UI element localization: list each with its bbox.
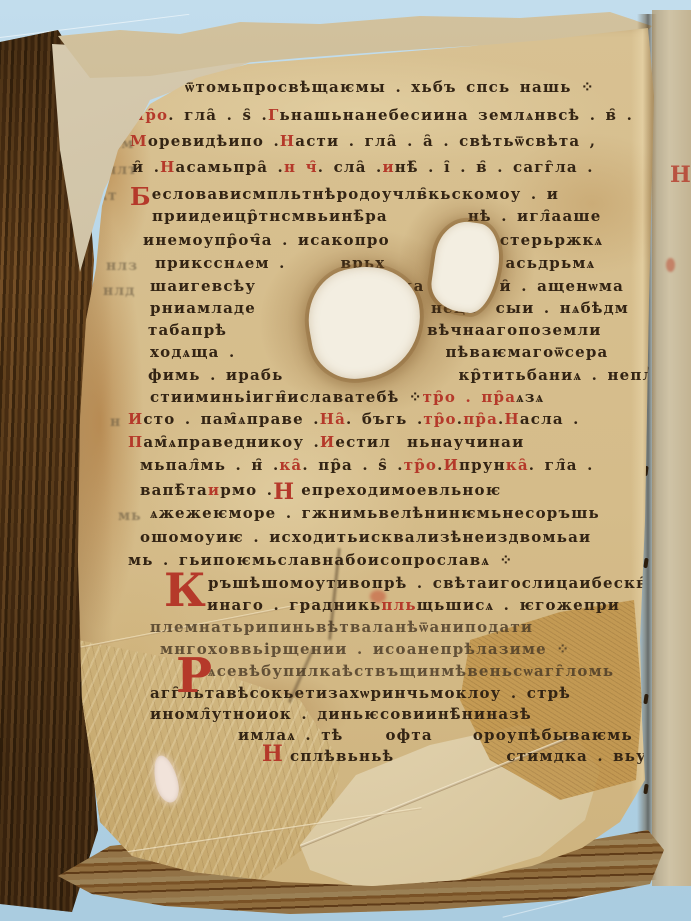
ink-text: асьдрьмѧ bbox=[505, 256, 595, 271]
manuscript-line: приидеицр̑тнсмвьинѣ̑ранѣ . игл̑ааше bbox=[152, 209, 601, 224]
ink-text: . сла̑ . bbox=[318, 160, 383, 175]
manuscript-line: ѧсевѣбупилкаѣствъщинмѣвеньсѡагг̑ломь bbox=[208, 664, 614, 679]
manuscript-line: ѧжежеѥморе . гжнимьвелѣнинѥмьнесоръшь bbox=[150, 506, 600, 521]
ink-text: фимь . ирабь bbox=[148, 368, 283, 383]
sewing-stitch bbox=[643, 784, 648, 794]
facing-page: Н bbox=[652, 10, 691, 886]
manuscript-line: ръшѣшомоутивопрѣ . свѣтаигослицаибескв̑р bbox=[208, 576, 659, 591]
ink-text: естил bbox=[335, 435, 391, 450]
ink-text: племнатьрипиньвѣтваланѣѿаниподати bbox=[150, 620, 533, 635]
ink-text: ороупѣбываѥмь bbox=[473, 728, 633, 743]
rubric-text: Н bbox=[273, 481, 295, 503]
ink-text: . гл̑а . bbox=[529, 458, 594, 473]
rubric-text: Н bbox=[504, 412, 519, 427]
rubric-text: Г bbox=[268, 108, 280, 123]
ink-text: стерьржкѧ bbox=[500, 233, 603, 248]
rubric-text: И bbox=[320, 435, 335, 450]
manuscript-line: Бесловависмпльтнѣродоучлв̑кьскомоу . и bbox=[130, 185, 559, 209]
ink-text: агг̑льтавѣсокьетизахѡринчьмоклоу . стрѣ bbox=[150, 686, 571, 701]
ink-text: нѣ̑ . і̑ . в̑ . сагг̑ла . bbox=[395, 160, 594, 175]
facing-page-rubric-fragment: Н bbox=[670, 162, 691, 188]
manuscript-line: фимь . ирабькр̑титьбаниѧ . непл bbox=[148, 368, 654, 383]
rubric-text: тр̑о bbox=[423, 412, 456, 427]
ink-text: нѣ . игл̑ааше bbox=[468, 209, 602, 224]
ink-text: и̑ . ащенѡма bbox=[500, 279, 625, 294]
manuscript-photo: Н ѿтомьпросвѣщаѥмы . хьбъ спсь нашь ⁘Пр̑… bbox=[0, 0, 691, 921]
manuscript-line: Пам̑ѧправедникоу . Иестилньнаучинаи bbox=[128, 435, 524, 450]
manuscript-line: сплѣвьньѣстимдка . вьу bbox=[290, 749, 647, 764]
sewing-stitch bbox=[643, 558, 648, 568]
bleed-through-ghost-text: нлд bbox=[103, 283, 135, 299]
ink-text: прун bbox=[459, 458, 506, 473]
manuscript-line: Пр̑о . гла̑ . ѕ̑ . Гьнашьнанебесиина зем… bbox=[130, 108, 633, 123]
rubric-text: пль bbox=[381, 598, 416, 613]
rubric-text: П bbox=[128, 435, 143, 450]
manuscript-line: инемоупр̑оч̑а . исакопростерьржкѧ bbox=[143, 233, 603, 248]
ink-text: имлаѧ . тѣ bbox=[238, 728, 343, 743]
ink-text: приидеицр̑тнсмвьинѣ̑ра bbox=[152, 209, 388, 224]
ink-text: офта bbox=[385, 728, 432, 743]
ink-text: иномл̑утноиок . диньѥсовиинѣ̑ниназѣ bbox=[150, 707, 532, 722]
manuscript-line: ошомоуиѥ . исходитьисквализѣнеиздвомьаи bbox=[140, 530, 591, 545]
ink-text: сплѣвьньѣ bbox=[290, 749, 394, 764]
ink-text: щьшисѧ . ѥгожепри bbox=[417, 598, 620, 613]
ink-text: сто . пам̑ѧправе . bbox=[143, 412, 319, 427]
manuscript-line: ѿтомьпросвѣщаѥмы . хьбъ спсь нашь ⁘ bbox=[185, 80, 595, 95]
ink-text: стииминьіигн̑иславатебѣ ⁘ bbox=[150, 390, 423, 405]
rubric-text: И bbox=[444, 458, 459, 473]
rubric-initial: Р bbox=[176, 655, 212, 698]
ink-text: . пр̑а . ѕ̑ . bbox=[302, 458, 403, 473]
ink-text: асти . гла̑ . а̑ . свѣтьѿсвѣта , bbox=[295, 134, 596, 149]
rubric-text: Б bbox=[130, 185, 152, 209]
ink-text: приксснѧем . bbox=[155, 256, 286, 271]
rubric-initial: Н bbox=[262, 745, 283, 765]
ink-text: рниамладе bbox=[150, 301, 256, 316]
bleed-through-ghost-text: нлз bbox=[106, 258, 138, 274]
ink-text: . бъгь . bbox=[346, 412, 423, 427]
sewing-stitch bbox=[643, 694, 648, 704]
ink-text: стимдка . вьу bbox=[506, 749, 647, 764]
ink-text: сыи . нѧбѣдм bbox=[496, 301, 629, 316]
manuscript-line: мьпал̑мь . н̑ . ка̑ . пр̑а . ѕ̑ . тр̑о .… bbox=[140, 458, 594, 473]
manuscript-line: Моревидѣипо . Насти . гла̑ . а̑ . свѣтьѿ… bbox=[130, 134, 596, 149]
ink-text: ѿтомьпросвѣщаѥмы . хьбъ спсь нашь ⁘ bbox=[185, 80, 595, 95]
parchment-page: ѿтомьпросвѣщаѥмы . хьбъ спсь нашь ⁘Пр̑о … bbox=[72, 22, 657, 890]
manuscript-line: племнатьрипиньвѣтваланѣѿаниподати bbox=[150, 620, 533, 635]
ink-text: вѣчнаагопоземли bbox=[427, 323, 601, 338]
ink-text: шаигевсѣу bbox=[150, 279, 256, 294]
ink-text: мьпал̑мь . н̑ . bbox=[140, 458, 279, 473]
rubric-text: тр̑о . пр̑а bbox=[423, 390, 516, 405]
ink-text: есловависмпльтнѣродоучлв̑кьскомоу . и bbox=[152, 187, 559, 202]
manuscript-line: вапѣ̑та ирмо . Непреходимоевльноѥ bbox=[140, 481, 501, 503]
ink-text: оревидѣипо . bbox=[148, 134, 280, 149]
manuscript-line: инаго . градникьпльщьшисѧ . ѥгожепри bbox=[207, 598, 620, 613]
manuscript-line: стииминьіигн̑иславатебѣ ⁘ тр̑о . пр̑аѧзѧ bbox=[150, 390, 544, 405]
rubric-text: тр̑о bbox=[404, 458, 437, 473]
rubric-text: На̑ bbox=[320, 412, 346, 427]
rubric-text: ка̑ bbox=[279, 458, 302, 473]
rubric-initial: К bbox=[164, 570, 206, 611]
ink-text: . гла̑ . ѕ̑ . bbox=[168, 108, 268, 123]
ink-text: епреходимоевльноѥ bbox=[301, 483, 501, 498]
manuscript-line: иномл̑утноиок . диньѥсовиинѣ̑ниназѣ bbox=[150, 707, 532, 722]
manuscript-line: агг̑льтавѣсокьетизахѡринчьмоклоу . стрѣ bbox=[150, 686, 571, 701]
manuscript-line: имлаѧ . тѣофтаороупѣбываѥмь bbox=[238, 728, 633, 743]
rubric-text: пр̑а bbox=[463, 412, 498, 427]
ink-text: ньнаучинаи bbox=[407, 435, 524, 450]
ink-text: ръшѣшомоутивопрѣ . свѣтаигослицаибескв̑р bbox=[208, 576, 659, 591]
ink-text: асла . bbox=[520, 412, 580, 427]
rubric-text: ка̑ bbox=[506, 458, 529, 473]
ink-text: ам̑ѧправедникоу . bbox=[143, 435, 320, 450]
ink-text: асамьпра̑ . bbox=[176, 160, 284, 175]
ink-text: ѧжежеѥморе . гжнимьвелѣнинѥмьнесоръшь bbox=[150, 506, 600, 521]
manuscript-line: И сто . пам̑ѧправе . На̑ . бъгь . тр̑о .… bbox=[128, 412, 580, 427]
rubric-text: и bbox=[208, 483, 220, 498]
manuscript-line: мнгоховвьірщении . исоанепрѣлазиме ⁘ bbox=[160, 642, 570, 657]
ink-text: ѧсевѣбупилкаѣствъщинмѣвеньсѡагг̑ломь bbox=[208, 664, 614, 679]
ink-text: инаго . градникь bbox=[207, 598, 381, 613]
ink-text: кр̑титьбаниѧ . непл bbox=[458, 368, 654, 383]
ink-text: вапѣ̑та bbox=[140, 483, 208, 498]
ink-text: рмо . bbox=[220, 483, 273, 498]
rubric-text: И bbox=[128, 412, 143, 427]
ink-text: мнгоховвьірщении . исоанепрѣлазиме ⁘ bbox=[160, 642, 570, 657]
bleed-through-ghost-text: н bbox=[110, 414, 121, 430]
facing-page-red-mark bbox=[666, 258, 675, 272]
ink-text: ходѧща . bbox=[150, 345, 235, 360]
ink-text: ѧзѧ bbox=[516, 390, 544, 405]
rubric-text: н ч̑ bbox=[284, 160, 318, 175]
rubric-text: Н bbox=[280, 134, 295, 149]
ink-text: пѣваѥмагоѿсера bbox=[445, 345, 608, 360]
ink-text: табапрѣ bbox=[148, 323, 227, 338]
manuscript-line: и̑ . Насамьпра̑ . н ч̑ . сла̑ . и нѣ̑ . … bbox=[132, 160, 594, 175]
ink-text: ошомоуиѥ . исходитьисквализѣнеиздвомьаи bbox=[140, 530, 591, 545]
bleed-through-ghost-text: мь bbox=[118, 508, 142, 524]
rubric-text: Н bbox=[160, 160, 175, 175]
rubric-text: и bbox=[382, 160, 394, 175]
ink-text: ьнашьнанебесиина землѧнвсѣ . в̑ . bbox=[280, 108, 634, 123]
ink-text: инемоупр̑оч̑а . исакопро bbox=[143, 233, 390, 248]
